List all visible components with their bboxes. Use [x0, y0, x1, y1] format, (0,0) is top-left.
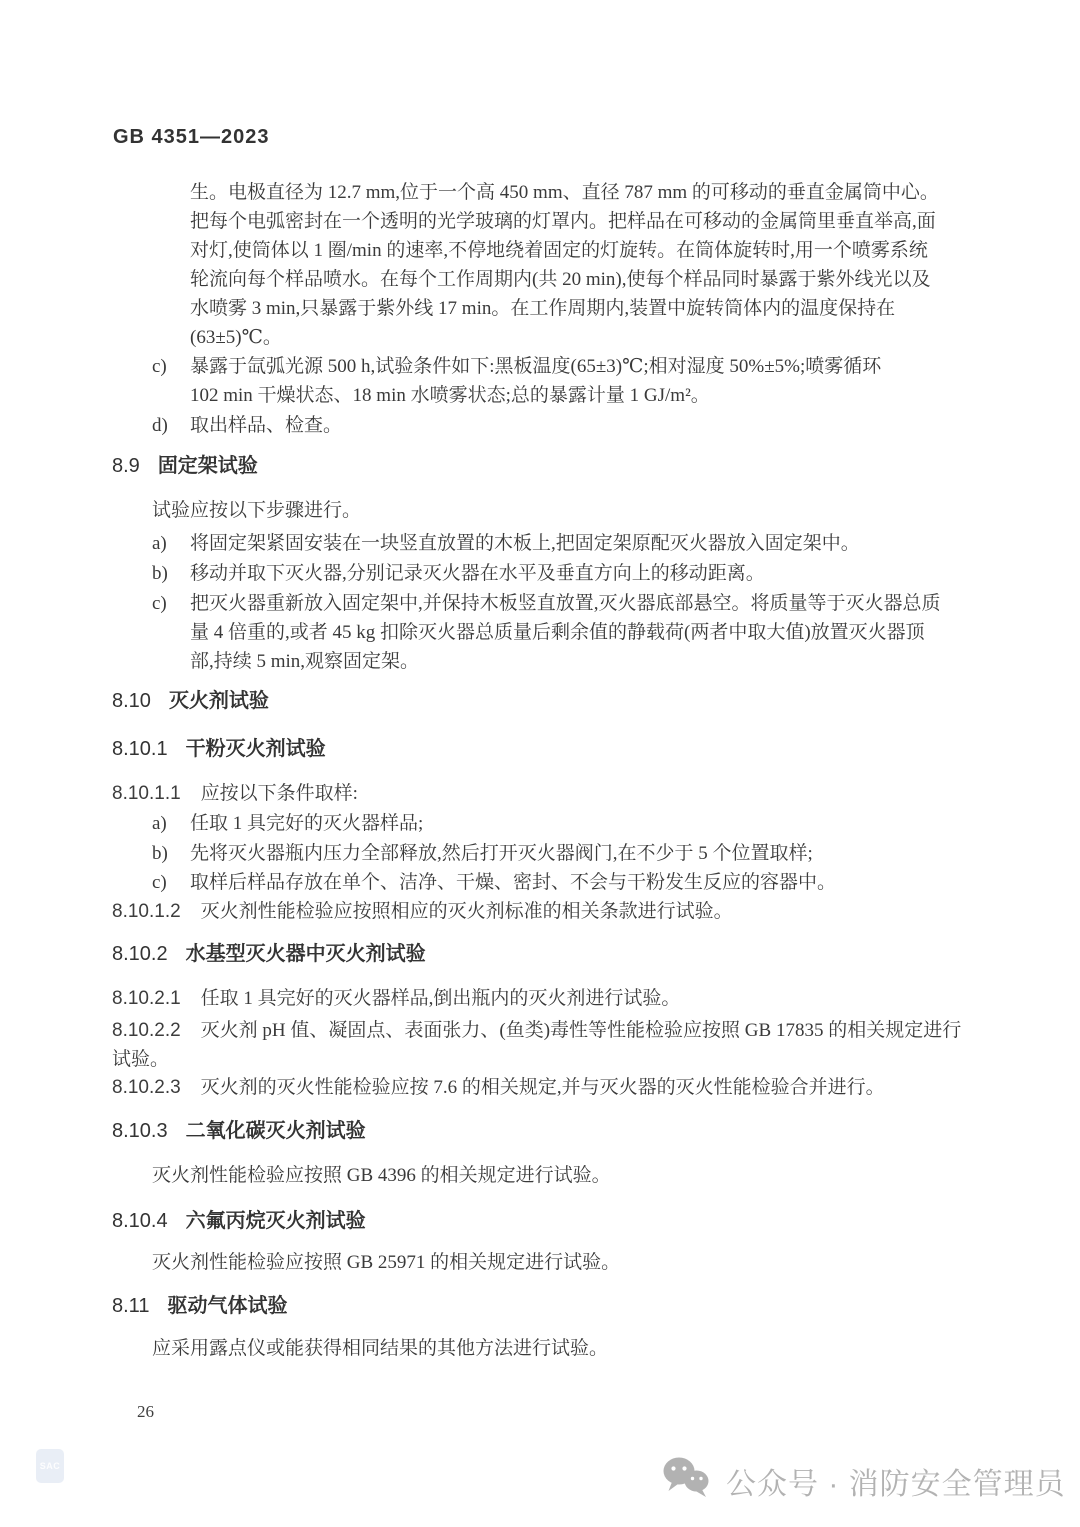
text-line: 先将灭火器瓶内压力全部释放,然后打开灭火器阀门,在不少于 5 个位置取样; — [152, 839, 813, 868]
section-number: 8.10 — [112, 690, 151, 712]
list-item-c-exposure: c) 暴露于氙弧光源 500 h,试验条件如下:黑板温度(65±3)℃;相对湿度… — [152, 352, 881, 410]
list-marker: d) — [152, 411, 190, 440]
text-line: 灭火剂性能检验应按照 GB 25971 的相关规定进行试验。 — [152, 1248, 620, 1277]
section-number: 8.10.1 — [112, 738, 168, 760]
paragraph-propellant-gas-test: 应采用露点仪或能获得相同结果的其他方法进行试验。 — [152, 1334, 608, 1363]
wechat-icon — [662, 1456, 712, 1505]
text-line: 轮流向每个样品喷水。在每个工作周期内(共 20 min),使每个样品同时暴露于紫… — [190, 265, 939, 294]
list-marker: a) — [152, 529, 190, 558]
list-item-d-inspect: d) 取出样品、检查。 — [152, 411, 342, 440]
paragraph-xenon-arc-continuation: 生。电极直径为 12.7 mm,位于一个高 450 mm、直径 787 mm 的… — [190, 178, 939, 352]
text-line: 102 min 干燥状态、18 min 水喷雾状态;总的暴露计量 1 GJ/m²… — [152, 381, 881, 410]
section-number: 8.10.4 — [112, 1210, 168, 1232]
text-line: 将固定架紧固安装在一块竖直放置的木板上,把固定架原配灭火器放入固定架中。 — [152, 529, 860, 558]
list-marker: c) — [152, 352, 190, 381]
clause-8-10-2-3: 8.10.2.3灭火剂的灭火性能检验应按 7.6 的相关规定,并与灭火器的灭火性… — [112, 1073, 885, 1102]
section-title: 六氟丙烷灭火剂试验 — [186, 1210, 366, 1232]
text-line: 灭火剂性能检验应按照 GB 4396 的相关规定进行试验。 — [152, 1161, 611, 1190]
text-line: 把灭火器重新放入固定架中,并保持木板竖直放置,灭火器底部悬空。将质量等于灭火器总… — [152, 589, 941, 618]
list-item-c-static-load: c) 把灭火器重新放入固定架中,并保持木板竖直放置,灭火器底部悬空。将质量等于灭… — [152, 589, 941, 676]
text-line: 对灯,使筒体以 1 圈/min 的速率,不停地绕着固定的灯旋转。在筒体旋转时,用… — [190, 236, 939, 265]
section-number: 8.10.3 — [112, 1120, 168, 1142]
clause-number: 8.10.1.1 — [112, 783, 181, 804]
section-title: 二氧化碳灭火剂试验 — [186, 1120, 366, 1142]
text-line: 生。电极直径为 12.7 mm,位于一个高 450 mm、直径 787 mm 的… — [190, 178, 939, 207]
section-heading-8-10-3: 8.10.3二氧化碳灭火剂试验 — [112, 1116, 366, 1146]
list-item-a-sample: a) 任取 1 具完好的灭火器样品; — [152, 809, 423, 838]
section-number: 8.10.2 — [112, 943, 168, 965]
paragraph-hfc-agent-test: 灭火剂性能检验应按照 GB 25971 的相关规定进行试验。 — [152, 1248, 620, 1277]
list-marker: b) — [152, 839, 190, 868]
section-title: 灭火剂试验 — [169, 690, 269, 712]
text-line: 应采用露点仪或能获得相同结果的其他方法进行试验。 — [152, 1334, 608, 1363]
text-line: 暴露于氙弧光源 500 h,试验条件如下:黑板温度(65±3)℃;相对湿度 50… — [152, 352, 881, 381]
text-line: 试验应按以下步骤进行。 — [152, 496, 361, 525]
clause-8-10-1-1: 8.10.1.1应按以下条件取样: — [112, 779, 358, 808]
list-marker: b) — [152, 559, 190, 588]
wechat-watermark: 公众号 · 消防安全管理员 — [662, 1456, 1066, 1505]
text-line: 试验。 — [112, 1045, 961, 1074]
section-heading-8-10-2: 8.10.2水基型灭火器中灭火剂试验 — [112, 939, 426, 969]
text-line: 任取 1 具完好的灭火器样品; — [152, 809, 423, 838]
section-heading-8-10: 8.10灭火剂试验 — [112, 686, 269, 716]
text-line: 把每个电弧密封在一个透明的光学玻璃的灯罩内。把样品在可移动的金属筒里垂直举高,面 — [190, 207, 939, 236]
clause-8-10-1-2: 8.10.1.2灭火剂性能检验应按照相应的灭火剂标准的相关条款进行试验。 — [112, 897, 733, 926]
clause-text: 灭火剂性能检验应按照相应的灭火剂标准的相关条款进行试验。 — [201, 901, 733, 922]
section-heading-8-9: 8.9固定架试验 — [112, 451, 258, 481]
text-line: 部,持续 5 min,观察固定架。 — [152, 647, 941, 676]
text-line: (63±5)℃。 — [190, 323, 939, 352]
paragraph-co2-agent-test: 灭火剂性能检验应按照 GB 4396 的相关规定进行试验。 — [152, 1161, 611, 1190]
watermark-text: 公众号 · 消防安全管理员 — [726, 1459, 1066, 1503]
list-item-a-mount-bracket: a) 将固定架紧固安装在一块竖直放置的木板上,把固定架原配灭火器放入固定架中。 — [152, 529, 860, 558]
section-heading-8-10-1: 8.10.1干粉灭火剂试验 — [112, 734, 326, 764]
page-number: 26 — [137, 1402, 154, 1422]
section-title: 干粉灭火剂试验 — [186, 738, 326, 760]
clause-text: 任取 1 具完好的灭火器样品,倒出瓶内的灭火剂进行试验。 — [201, 988, 681, 1009]
text-line: 量 4 倍重的,或者 45 kg 扣除灭火器总质量后剩余值的静载荷(两者中取大值… — [152, 618, 941, 647]
section-heading-8-10-4: 8.10.4六氟丙烷灭火剂试验 — [112, 1206, 366, 1236]
section-title: 固定架试验 — [158, 455, 258, 477]
section-heading-8-11: 8.11驱动气体试验 — [112, 1291, 287, 1321]
clause-text: 灭火剂 pH 值、凝固点、表面张力、(鱼类)毒性等性能检验应按照 GB 1783… — [201, 1020, 962, 1041]
list-marker: c) — [152, 589, 190, 618]
clause-number: 8.10.2.1 — [112, 988, 181, 1009]
section-title: 驱动气体试验 — [167, 1295, 287, 1317]
document-page: GB 4351—2023 生。电极直径为 12.7 mm,位于一个高 450 m… — [0, 0, 1080, 1527]
section-title: 水基型灭火器中灭火剂试验 — [186, 943, 426, 965]
clause-8-10-2-1: 8.10.2.1任取 1 具完好的灭火器样品,倒出瓶内的灭火剂进行试验。 — [112, 984, 680, 1013]
list-marker: c) — [152, 868, 190, 897]
text-line: 取样后样品存放在单个、洁净、干燥、密封、不会与干粉发生反应的容器中。 — [152, 868, 836, 897]
list-item-c-storage-container: c) 取样后样品存放在单个、洁净、干燥、密封、不会与干粉发生反应的容器中。 — [152, 868, 836, 897]
text-line: 移动并取下灭火器,分别记录灭火器在水平及垂直方向上的移动距离。 — [152, 559, 765, 588]
clause-number: 8.10.2.3 — [112, 1077, 181, 1098]
list-item-b-release-pressure: b) 先将灭火器瓶内压力全部释放,然后打开灭火器阀门,在不少于 5 个位置取样; — [152, 839, 813, 868]
clause-text: 灭火剂的灭火性能检验应按 7.6 的相关规定,并与灭火器的灭火性能检验合并进行。 — [201, 1077, 885, 1098]
paragraph-steps-intro: 试验应按以下步骤进行。 — [152, 496, 361, 525]
list-marker: a) — [152, 809, 190, 838]
section-number: 8.11 — [112, 1295, 149, 1317]
standard-number-header: GB 4351—2023 — [113, 126, 270, 149]
clause-number: 8.10.1.2 — [112, 901, 181, 922]
clause-8-10-2-2: 8.10.2.2灭火剂 pH 值、凝固点、表面张力、(鱼类)毒性等性能检验应按照… — [112, 1016, 961, 1074]
section-number: 8.9 — [112, 455, 140, 477]
clause-number: 8.10.2.2 — [112, 1020, 181, 1041]
text-line: 水喷雾 3 min,只暴露于紫外线 17 min。在工作周期内,装置中旋转筒体内… — [190, 294, 939, 323]
clause-text: 应按以下条件取样: — [201, 783, 358, 804]
sac-logo: SAC — [36, 1449, 64, 1483]
list-item-b-move-extinguisher: b) 移动并取下灭火器,分别记录灭火器在水平及垂直方向上的移动距离。 — [152, 559, 765, 588]
